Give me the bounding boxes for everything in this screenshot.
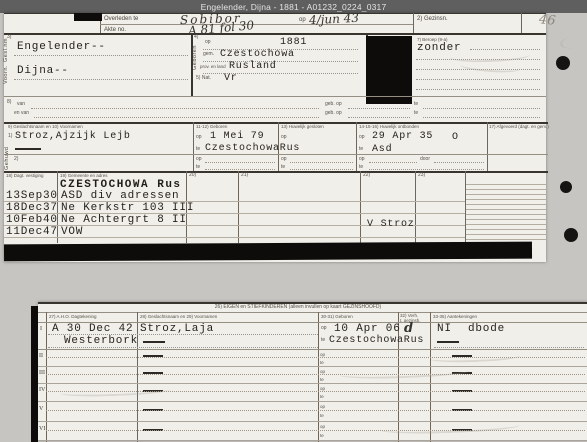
- row-numeral: II: [39, 353, 43, 359]
- rule: [38, 440, 587, 441]
- surname-value: Engelender--: [17, 42, 106, 53]
- field4-number: 4): [194, 35, 198, 41]
- punch-hole-icon: [564, 228, 578, 242]
- rule: [416, 89, 540, 90]
- child-birth-place-value: CzestochowaRus: [329, 336, 424, 346]
- op-label: op: [196, 135, 202, 141]
- rule: [487, 122, 488, 171]
- nationaliteit-value: Vr: [224, 74, 238, 84]
- te-label: te: [281, 165, 285, 171]
- te-label: te: [321, 338, 325, 344]
- row-numeral: VI: [39, 426, 45, 432]
- marriage-afgevoerd-header: 17) Afgevoerd (dagt. en gem.): [489, 124, 549, 129]
- op-label: op: [281, 135, 287, 141]
- gemeente-label: gem.: [203, 52, 214, 58]
- rule: [4, 237, 465, 238]
- scan-artifact-band: [4, 242, 532, 262]
- rule: [46, 410, 585, 411]
- note-code-value: NI: [437, 324, 452, 335]
- voornamen-label: Voorn.: [4, 64, 10, 84]
- rule: [348, 108, 410, 109]
- rule: [48, 334, 318, 335]
- rule: [415, 171, 416, 243]
- row-numeral: V: [39, 406, 43, 412]
- pencil-smudge: [559, 34, 587, 51]
- op-label: op: [320, 424, 325, 429]
- marriage-ontbonden-header: 14-15-16) Huwelijk ontbonden: [359, 124, 419, 129]
- overleden-label: Overleden te: [104, 16, 138, 23]
- typed-dash-mark: [437, 341, 459, 343]
- rule: [423, 108, 540, 109]
- te-label: te: [359, 147, 363, 153]
- typed-dash-mark: [143, 341, 165, 343]
- redaction-box: [366, 36, 412, 104]
- typed-dash-mark: [15, 148, 41, 150]
- op-label: op: [359, 157, 365, 163]
- rule: [290, 162, 353, 163]
- aho-date-header: 27) A.H.O. Dagtekening: [49, 314, 97, 319]
- rule: [38, 349, 587, 350]
- col23-header: 23): [418, 173, 425, 179]
- rule: [4, 154, 548, 155]
- rule: [413, 13, 414, 33]
- rule: [203, 61, 358, 62]
- rule: [290, 169, 353, 170]
- children-banner: 26) EIGEN en STIEFKINDEREN (alleen invul…: [38, 305, 558, 311]
- aantekeningen-header: 33-35) Aantekeningen: [433, 314, 477, 319]
- rule: [434, 347, 584, 348]
- te-label: te: [320, 360, 324, 365]
- col22-header: 22): [363, 173, 370, 179]
- row2-number: 2): [14, 157, 18, 163]
- rule: [521, 13, 522, 33]
- op-label: op: [281, 157, 287, 163]
- te-label: te: [414, 111, 418, 117]
- op-label: op: [321, 326, 327, 332]
- te-label: te: [320, 377, 324, 382]
- te-label: te: [359, 165, 363, 171]
- punch-hole-icon: [560, 181, 572, 193]
- rule: [369, 169, 484, 170]
- overleden-date-value: 4/jun 43: [309, 12, 360, 27]
- rule: [48, 347, 318, 348]
- op-label: op: [320, 404, 325, 409]
- marriage-name-header: 9) Geslachtsnaam en 10) Voornamen: [8, 124, 83, 129]
- rule: [238, 171, 239, 243]
- gehuwd-label: Gehuwd: [5, 155, 11, 170]
- spouse-name-value: Stroz,Ajzijk Lejb: [15, 132, 131, 142]
- vader-van-label: van: [17, 102, 25, 108]
- child-geboren-header: 30-31) Geboren: [321, 314, 353, 319]
- geboren-op-label: op: [205, 40, 211, 46]
- rule: [348, 117, 410, 118]
- address-date-header: 18) Dagt. vestiging: [6, 173, 44, 178]
- rule: [31, 108, 319, 109]
- scan-artifact: [74, 13, 102, 21]
- rule: [4, 96, 546, 97]
- geb-op-label: geb. op: [325, 102, 342, 108]
- te-label: te: [320, 413, 324, 418]
- rule: [38, 383, 587, 384]
- te-label: te: [320, 433, 324, 438]
- pencil-page-number: 46: [538, 13, 556, 28]
- rule: [360, 171, 361, 243]
- rule: [38, 401, 587, 402]
- rule: [205, 169, 275, 170]
- te-label: te: [196, 165, 200, 171]
- rule: [14, 55, 188, 56]
- child-birth-date-value: 10 Apr 06: [334, 324, 401, 335]
- row-numeral: IV: [39, 387, 45, 393]
- rule: [434, 162, 484, 163]
- punch-hole-icon: [556, 56, 570, 70]
- rule: [193, 122, 194, 171]
- op-label: op: [359, 135, 365, 141]
- moeder-van-label: en van: [14, 111, 29, 117]
- te-label: te: [196, 147, 200, 153]
- rule: [423, 117, 540, 118]
- op-label: op: [196, 157, 202, 163]
- beroep-value: zonder: [417, 43, 461, 54]
- rule: [46, 374, 585, 375]
- land-label: prov. en land: [200, 64, 226, 69]
- ruled-notes-area: [466, 180, 546, 243]
- viewer-title-bar: Engelender, Dijna - 1881 - A01232_0224_0…: [0, 0, 587, 13]
- rule: [34, 117, 319, 118]
- col20-header: 20): [189, 173, 196, 179]
- marriage-dissolved-mark: O: [452, 133, 459, 143]
- stroz-note: V Stroz: [367, 220, 415, 230]
- rule: [38, 312, 587, 313]
- geslachtsnaam-label: Gesl.nm: [4, 38, 10, 62]
- rule: [356, 122, 357, 171]
- gezinsnummer-label: 2) Gezinsn.: [417, 16, 448, 23]
- row-numeral: III: [39, 370, 45, 376]
- door-label: door: [420, 157, 430, 163]
- note-text-value: dbode: [468, 324, 505, 335]
- rule: [4, 122, 548, 124]
- te-label: te: [414, 102, 418, 108]
- op-label: op: [299, 17, 306, 24]
- rule: [137, 312, 138, 442]
- rule: [14, 79, 188, 80]
- marriage-geboren-header: 11-12) Geboren: [196, 124, 227, 129]
- rule: [369, 162, 417, 163]
- rule: [46, 430, 585, 431]
- firstname-value: Dijna--: [17, 66, 69, 77]
- address-header: 19) Gemeente en adres: [60, 173, 108, 178]
- child-name-header: 28) Geslachtsnaam en 29) Voornamen: [140, 314, 217, 319]
- col21-header: 21): [241, 173, 248, 179]
- rule: [38, 366, 587, 367]
- rule: [100, 24, 413, 25]
- document-viewer: Engelender, Dijna - 1881 - A01232_0224_0…: [0, 0, 587, 442]
- marriage-dissolved-date-value: 29 Apr 35: [372, 132, 433, 142]
- rule: [416, 79, 540, 80]
- spouse-birth-place-value: CzestochowaRus: [205, 144, 300, 154]
- birth-year-value: 1881: [280, 38, 307, 48]
- nationaliteit-label: 5) Nat.: [196, 76, 211, 82]
- rule: [4, 33, 546, 35]
- marriage-gesloten-header: 13) Huwelijk gesloten: [281, 124, 324, 129]
- geb-op-label: geb. op: [325, 111, 342, 117]
- verhouding-value: d: [404, 322, 413, 335]
- birth-place-value: Czestochowa: [220, 50, 295, 60]
- birth-country-value: Rusland: [229, 62, 277, 72]
- geboren-label: Geboren: [193, 42, 199, 70]
- scan-edge-bar: [31, 306, 38, 442]
- rule: [318, 312, 319, 442]
- spouse-birth-date-value: 1 Mei 79: [210, 132, 264, 142]
- row1-number: 1): [8, 134, 12, 140]
- rule: [46, 312, 47, 442]
- rule: [205, 162, 275, 163]
- row-numeral: I: [40, 326, 42, 332]
- field8-number: 8): [7, 100, 11, 106]
- aho-place-value: Westerbork: [64, 336, 138, 347]
- te-label: te: [320, 394, 324, 399]
